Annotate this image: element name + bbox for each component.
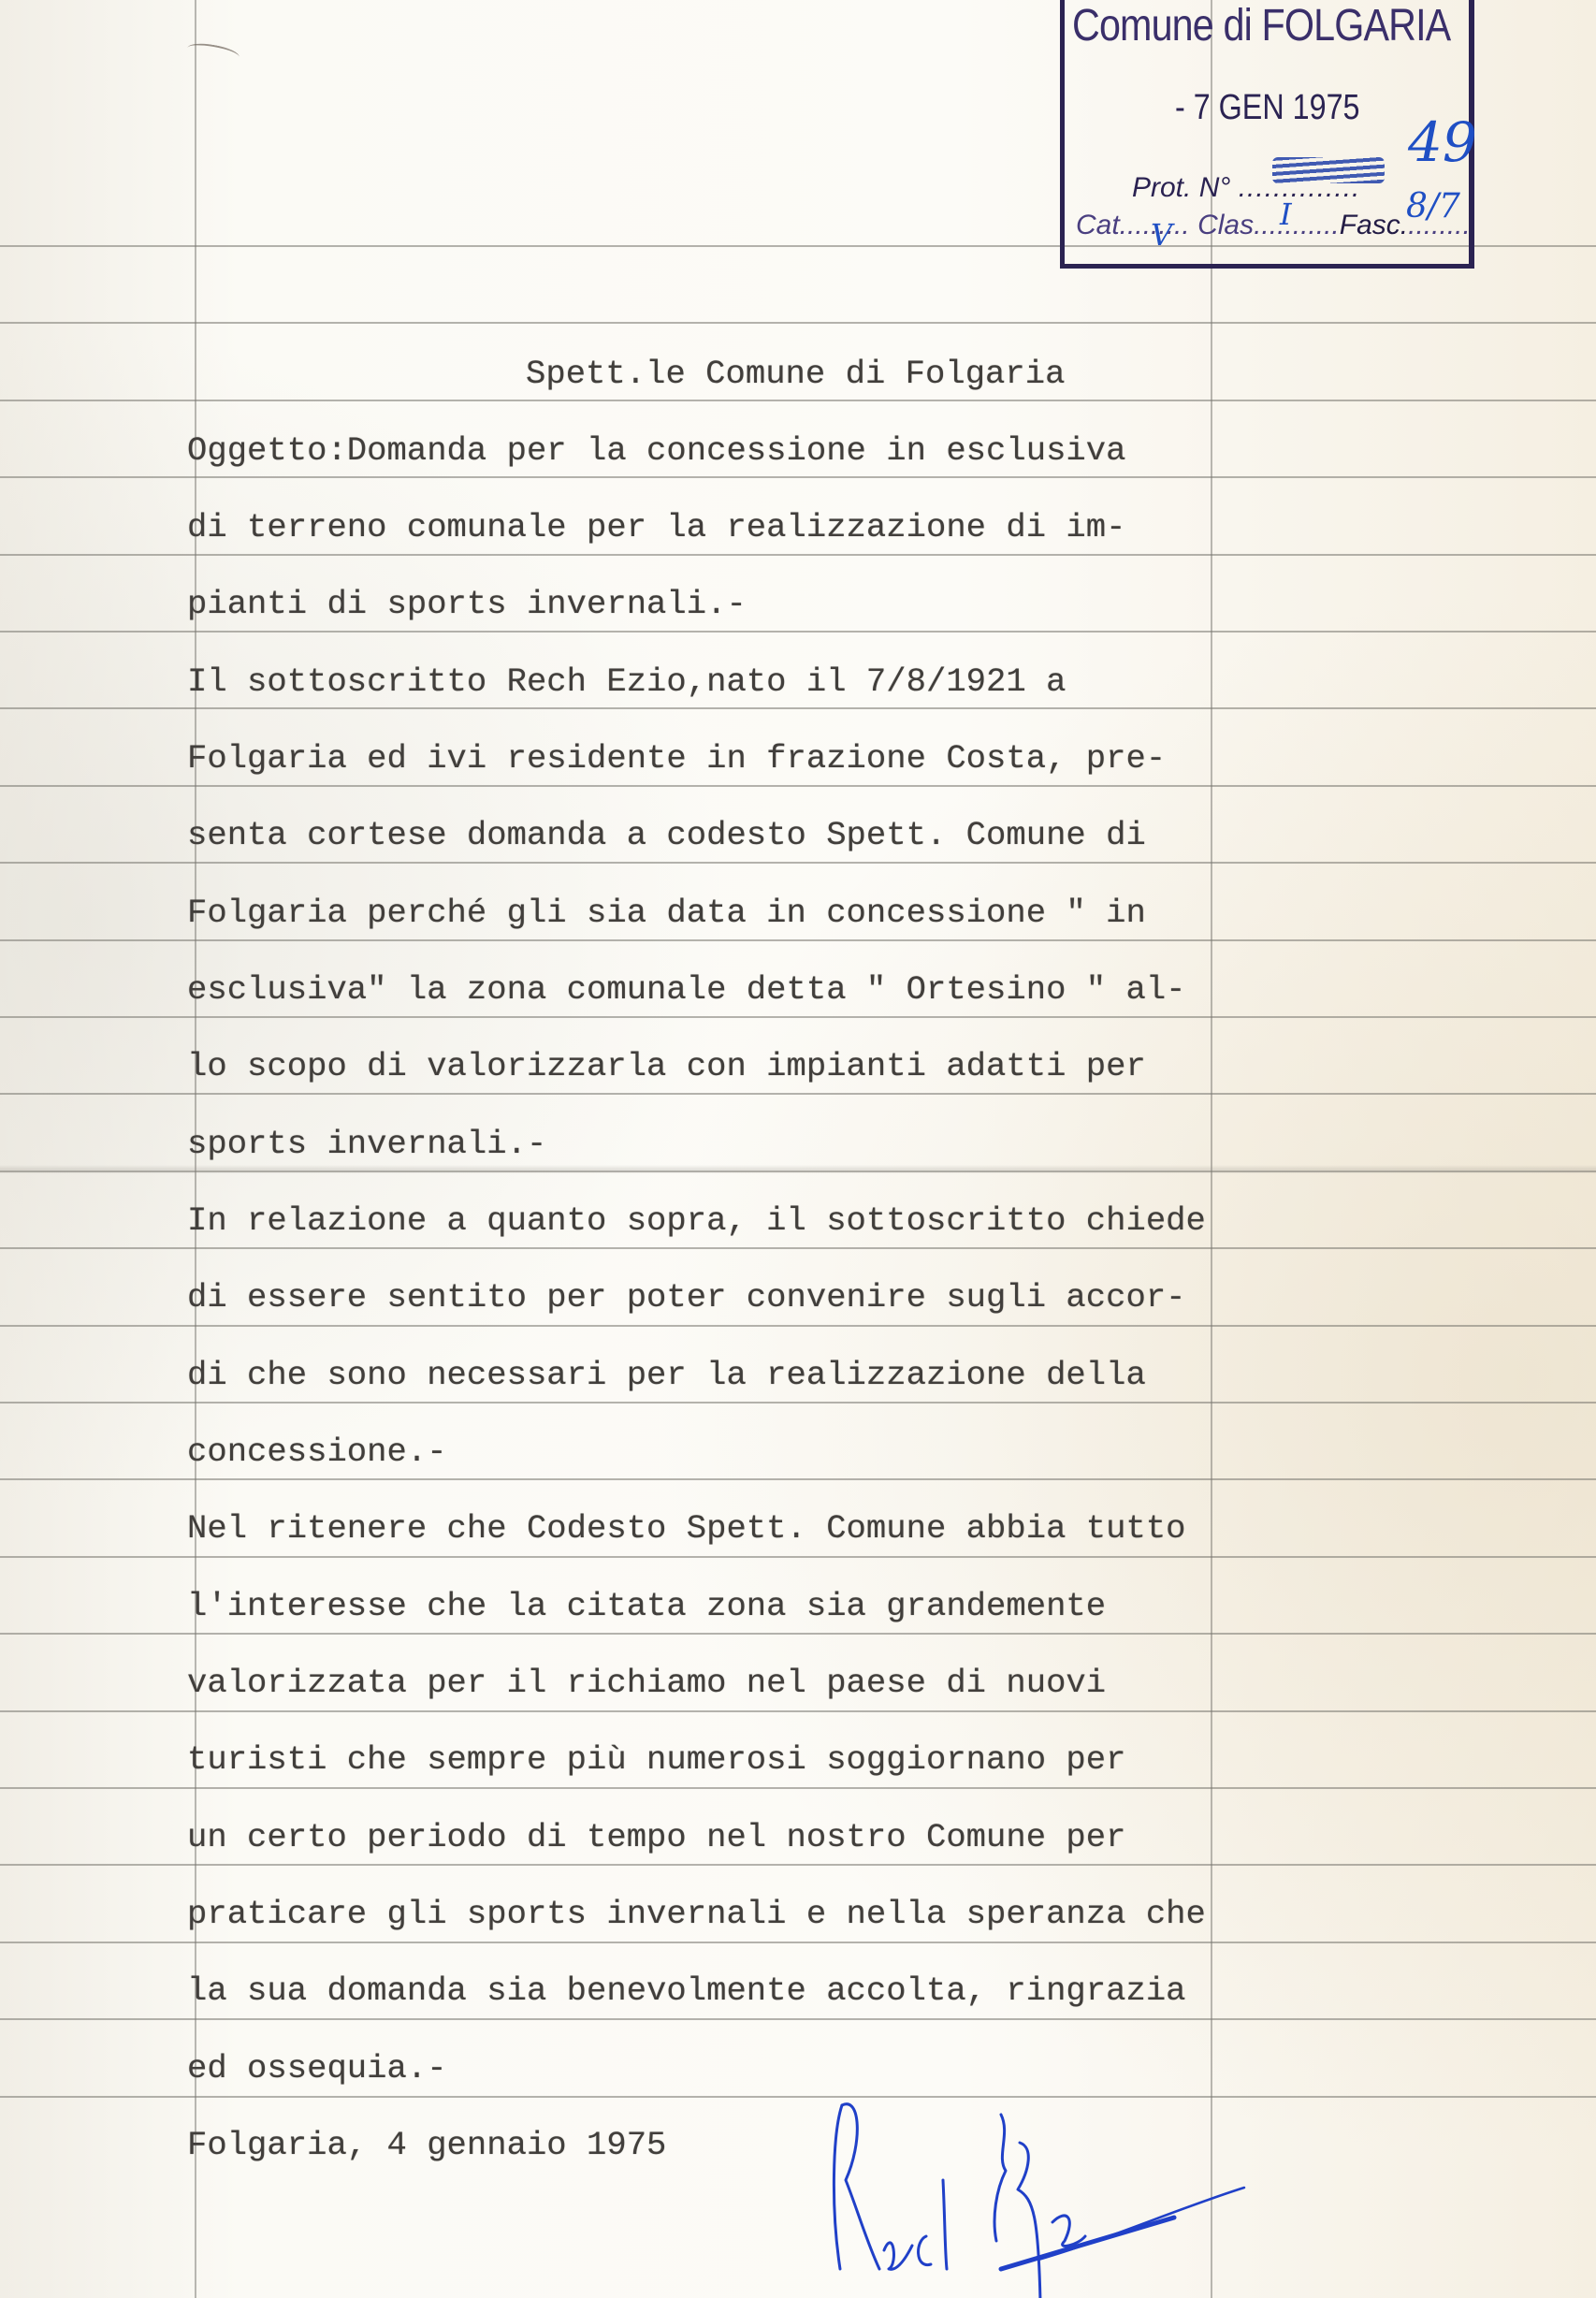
ruled-line <box>0 1633 1596 1635</box>
body-line: di essere sentito per poter convenire su… <box>187 1281 1186 1315</box>
ruled-line <box>0 1093 1596 1095</box>
body-line: valorizzata per il richiamo nel paese di… <box>187 1666 1106 1700</box>
right-margin-rule <box>1211 0 1212 2298</box>
ruled-line <box>0 1247 1596 1249</box>
body-line: di che sono necessari per la realizzazio… <box>187 1359 1146 1392</box>
body-line: l'interesse che la citata zona sia grand… <box>187 1590 1106 1623</box>
body-line: un certo periodo di tempo nel nostro Com… <box>187 1821 1125 1854</box>
handwritten-clas-value: I <box>1280 196 1292 232</box>
ruled-line <box>0 1402 1596 1404</box>
ruled-line <box>0 1556 1596 1558</box>
ruled-line <box>0 1864 1596 1866</box>
ruled-line <box>0 1942 1596 1943</box>
body-line: pianti di sports invernali.- <box>187 588 747 621</box>
handwritten-prot-number: 49 <box>1408 110 1477 174</box>
ruled-line <box>0 1710 1596 1712</box>
handwritten-fasc-value: 8/7 <box>1406 187 1460 225</box>
stamp-prot-label: Prot. N° <box>1132 172 1230 203</box>
ruled-line <box>0 785 1596 787</box>
struck-out-prot-number <box>1272 157 1385 183</box>
ruled-line <box>0 707 1596 709</box>
ruled-line <box>0 1325 1596 1327</box>
body-line: Oggetto:Domanda per la concessione in es… <box>187 434 1125 468</box>
ruled-line <box>0 322 1596 324</box>
ruled-line <box>0 1478 1596 1480</box>
body-line: senta cortese domanda a codesto Spett. C… <box>187 819 1146 852</box>
body-line: In relazione a quanto sopra, il sottoscr… <box>187 1204 1206 1238</box>
body-line: praticare gli sports invernali e nella s… <box>187 1898 1206 1931</box>
body-line: Folgaria perché gli sia data in concessi… <box>187 896 1146 930</box>
ruled-line <box>0 2096 1596 2098</box>
ruled-line <box>0 554 1596 556</box>
stamp-title: Comune di FOLGARIA <box>1072 0 1450 51</box>
body-line: Folgaria ed ivi residente in frazione Co… <box>187 742 1166 776</box>
body-line: concessione.- <box>187 1435 447 1469</box>
stamp-cat-label: Cat. <box>1076 210 1127 240</box>
handwritten-signature: Rech Ezio <box>805 2077 1272 2298</box>
body-line: Il sottoscritto Rech Ezio,nato il 7/8/19… <box>187 665 1066 699</box>
ruled-line <box>0 1787 1596 1789</box>
stamp-clas-label: Clas. <box>1197 210 1261 240</box>
ruled-line <box>0 1016 1596 1018</box>
body-line: la sua domanda sia benevolmente accolta,… <box>187 1974 1186 2008</box>
addressee-line: Spett.le Comune di Folgaria <box>526 357 1065 391</box>
body-line: ed ossequia.- <box>187 2052 447 2086</box>
ruled-line <box>0 400 1596 401</box>
ruled-line <box>0 939 1596 941</box>
body-line: lo scopo di valorizzarla con impianti ad… <box>187 1050 1146 1084</box>
ruled-line <box>0 2018 1596 2020</box>
body-line: di terreno comunale per la realizzazione… <box>187 511 1125 545</box>
place-date-line: Folgaria, 4 gennaio 1975 <box>187 2129 666 2162</box>
body-line: esclusiva" la zona comunale detta " Orte… <box>187 973 1186 1007</box>
ruled-line <box>0 862 1596 864</box>
stamp-date: - 7 GEN 1975 <box>1175 88 1359 128</box>
handwritten-cat-value: V <box>1151 217 1172 253</box>
paper-fold-crease <box>0 1165 1596 1174</box>
body-line: Nel ritenere che Codesto Spett. Comune a… <box>187 1512 1186 1546</box>
ruled-line <box>0 476 1596 478</box>
stamp-clas-dots: .......... <box>1261 210 1339 240</box>
stamp-fasc-label: Fasc. <box>1340 210 1408 240</box>
paper-sheet: Comune di FOLGARIA - 7 GEN 1975 Prot. N°… <box>0 0 1596 2298</box>
body-line: turisti che sempre più numerosi soggiorn… <box>187 1743 1125 1777</box>
ruled-line <box>0 631 1596 633</box>
body-line: sports invernali.- <box>187 1127 546 1161</box>
